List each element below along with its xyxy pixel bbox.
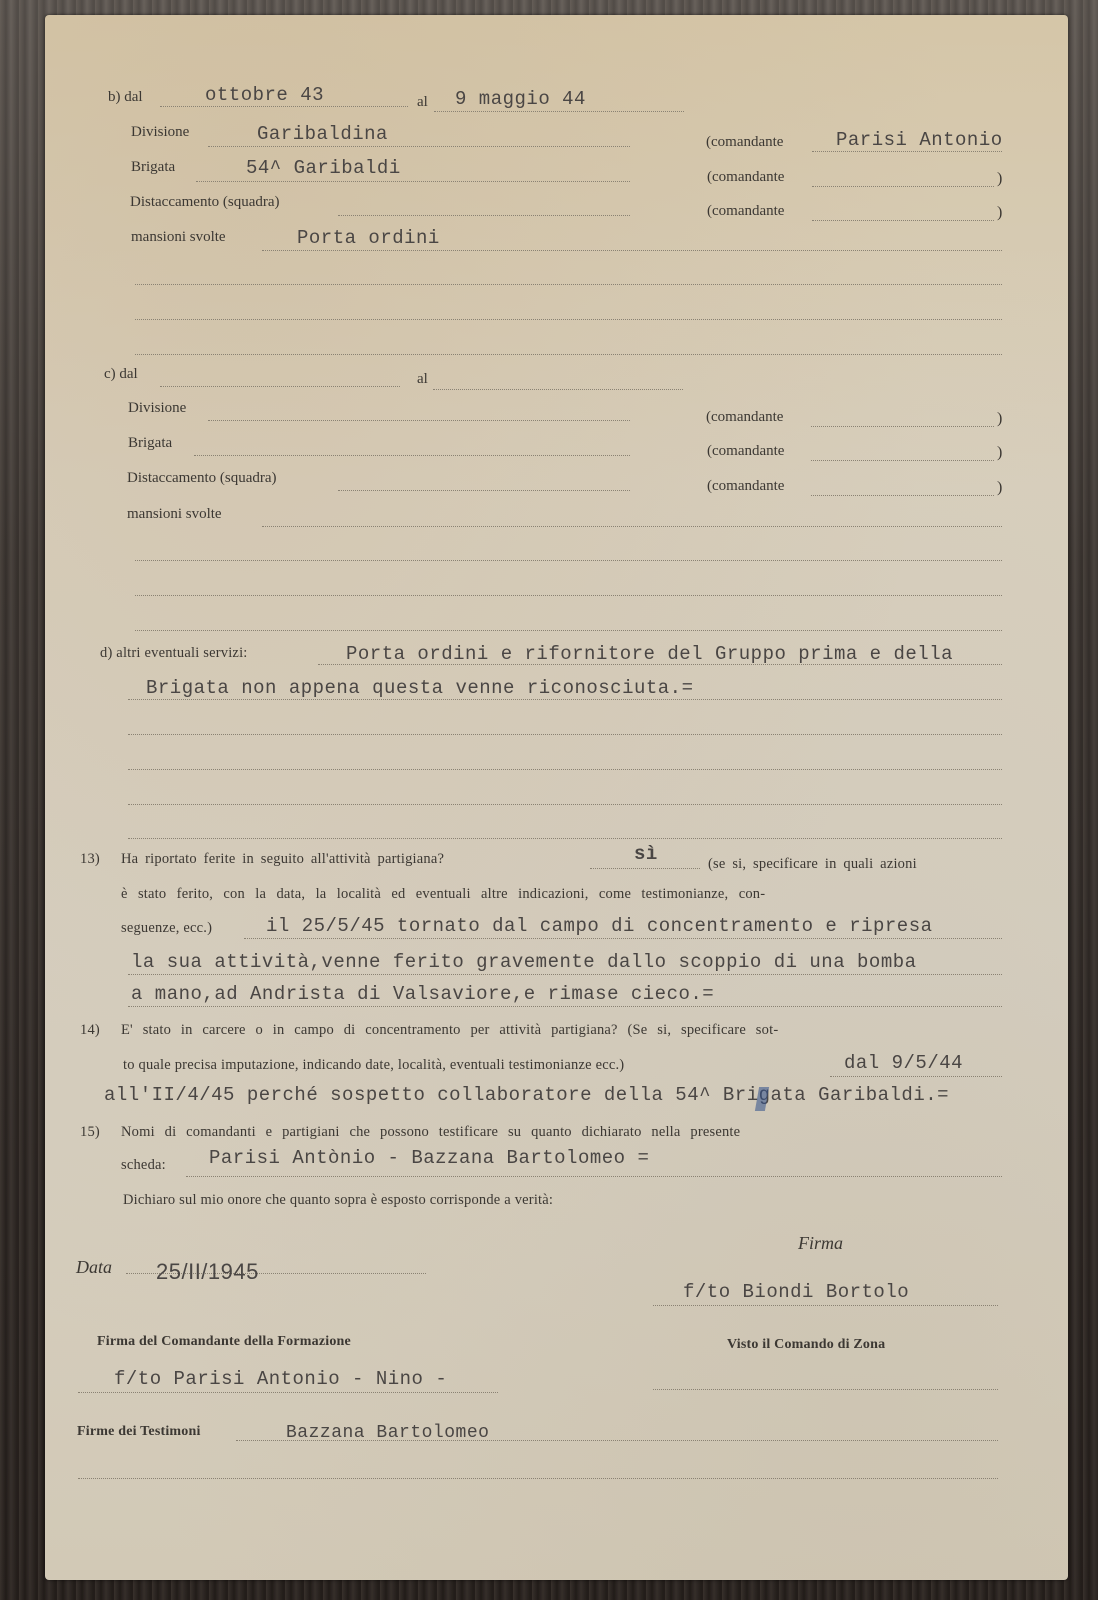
q13-answer[interactable]: sì xyxy=(634,843,658,865)
field-line[interactable] xyxy=(811,426,994,427)
section-b-dal-value[interactable]: ottobre 43 xyxy=(205,84,324,106)
field-line[interactable] xyxy=(338,490,630,491)
q14-number: 14) xyxy=(80,1022,100,1039)
close-paren: ) xyxy=(997,204,1002,222)
q15-number: 15) xyxy=(80,1124,100,1141)
q14-answer-line-1[interactable]: dal 9/5/44 xyxy=(844,1052,963,1074)
field-line xyxy=(128,699,1002,700)
declaration-text: Dichiaro sul mio onore che quanto sopra … xyxy=(123,1192,553,1209)
field-line xyxy=(128,974,1002,975)
q13-question: Ha riportato ferite in seguito all'attiv… xyxy=(121,851,444,868)
q13-answer-line-2[interactable]: la sua attività,venne ferito gravemente … xyxy=(131,951,917,973)
q14-question-2: to quale precisa imputazione, indicando … xyxy=(123,1057,624,1074)
q15-answer[interactable]: Parisi Antònio - Bazzana Bartolomeo = xyxy=(209,1147,649,1169)
comandante-divisione-value[interactable]: Parisi Antonio xyxy=(836,129,1003,151)
section-b-al-label: al xyxy=(417,94,428,111)
field-line xyxy=(262,250,1002,251)
close-paren: ) xyxy=(997,479,1002,497)
blank-line xyxy=(128,804,1002,805)
signature-line xyxy=(78,1392,498,1393)
zone-command-label: Visto il Comando di Zona xyxy=(727,1337,885,1353)
distaccamento-label: Distaccamento (squadra) xyxy=(130,194,280,211)
brigata-value[interactable]: 54^ Garibaldi xyxy=(246,157,401,179)
section-b-dal-label: b) dal xyxy=(108,89,143,106)
blank-line xyxy=(135,560,1002,561)
field-line[interactable] xyxy=(433,389,683,390)
comandante-label: (comandante xyxy=(707,478,784,495)
data-label: Data xyxy=(76,1257,112,1278)
field-line[interactable] xyxy=(811,495,994,496)
altri-servizi-label: d) altri eventuali servizi: xyxy=(100,645,248,662)
field-line xyxy=(590,868,700,869)
field-line[interactable] xyxy=(811,460,994,461)
field-line xyxy=(128,1006,1002,1007)
field-line[interactable] xyxy=(194,455,630,456)
q13-number: 13) xyxy=(80,851,100,868)
blank-line xyxy=(128,769,1002,770)
field-line xyxy=(160,106,408,107)
comandante-label: (comandante xyxy=(706,409,783,426)
section-c-dal-label: c) dal xyxy=(104,366,138,383)
comandante-distaccamento-label: (comandante xyxy=(707,203,784,220)
brigata-label: Brigata xyxy=(131,159,175,176)
blank-line xyxy=(135,319,1002,320)
field-line xyxy=(208,146,630,147)
scheda-label: scheda: xyxy=(121,1157,166,1174)
zone-signature-line[interactable] xyxy=(653,1389,998,1390)
firma-label: Firma xyxy=(798,1233,843,1254)
mansioni-value[interactable]: Porta ordini xyxy=(297,227,440,249)
signature-line xyxy=(653,1305,998,1306)
altri-servizi-value-1[interactable]: Porta ordini e rifornitore del Gruppo pr… xyxy=(346,643,953,665)
q13-instructions-2: è stato ferito, con la data, la località… xyxy=(121,886,765,903)
blank-line xyxy=(135,284,1002,285)
blank-line xyxy=(135,595,1002,596)
field-line[interactable] xyxy=(262,526,1002,527)
field-line xyxy=(812,186,994,187)
q15-question: Nomi di comandanti e partigiani che poss… xyxy=(121,1124,740,1141)
divisione-value[interactable]: Garibaldina xyxy=(257,123,388,145)
q13-instructions-1: (se si, specificare in quali azioni xyxy=(708,856,917,873)
field-line xyxy=(830,1076,1002,1077)
commander-signature-label: Firma del Comandante della Formazione xyxy=(97,1334,351,1350)
altri-servizi-value-2[interactable]: Brigata non appena questa venne riconosc… xyxy=(146,677,694,699)
field-line xyxy=(812,151,1002,152)
blank-line xyxy=(128,838,1002,839)
q13-instructions-3: seguenze, ecc.) xyxy=(121,920,212,937)
blank-line xyxy=(128,734,1002,735)
close-paren: ) xyxy=(997,170,1002,188)
blank-line xyxy=(135,354,1002,355)
field-line xyxy=(196,181,630,182)
blank-line xyxy=(78,1478,998,1479)
comandante-divisione-label: (comandante xyxy=(706,134,783,151)
comandante-label: (comandante xyxy=(707,443,784,460)
mansioni-label: mansioni svolte xyxy=(131,229,226,246)
q14-question-1: E' stato in carcere o in campo di concen… xyxy=(121,1022,778,1039)
field-line xyxy=(244,938,1002,939)
field-line xyxy=(812,220,994,221)
field-line xyxy=(338,215,630,216)
section-b-al-value[interactable]: 9 maggio 44 xyxy=(455,88,586,110)
firma-value[interactable]: f/to Biondi Bortolo xyxy=(683,1281,909,1303)
commander-signature-value[interactable]: f/to Parisi Antonio - Nino - xyxy=(114,1368,447,1390)
witnesses-label: Firme dei Testimoni xyxy=(77,1424,201,1440)
q14-answer-line-2[interactable]: all'II/4/45 perché sospetto collaborator… xyxy=(104,1084,949,1106)
field-line[interactable] xyxy=(160,386,400,387)
brigata-label: Brigata xyxy=(128,435,172,452)
field-line xyxy=(186,1176,1002,1177)
divisione-label: Divisione xyxy=(131,124,189,141)
field-line xyxy=(434,111,684,112)
close-paren: ) xyxy=(997,444,1002,462)
mansioni-label: mansioni svolte xyxy=(127,506,222,523)
data-value[interactable]: 25/II/1945 xyxy=(156,1259,259,1285)
q13-answer-line-1[interactable]: il 25/5/45 tornato dal campo di concentr… xyxy=(266,915,933,937)
q13-answer-line-3[interactable]: a mano,ad Andrista di Valsaviore,e rimas… xyxy=(131,983,714,1005)
blank-line xyxy=(135,630,1002,631)
witnesses-value[interactable]: Bazzana Bartolomeo xyxy=(286,1423,489,1443)
comandante-brigata-label: (comandante xyxy=(707,169,784,186)
distaccamento-label: Distaccamento (squadra) xyxy=(127,470,277,487)
close-paren: ) xyxy=(997,410,1002,428)
divisione-label: Divisione xyxy=(128,400,186,417)
section-c-al-label: al xyxy=(417,371,428,388)
field-line[interactable] xyxy=(208,420,630,421)
